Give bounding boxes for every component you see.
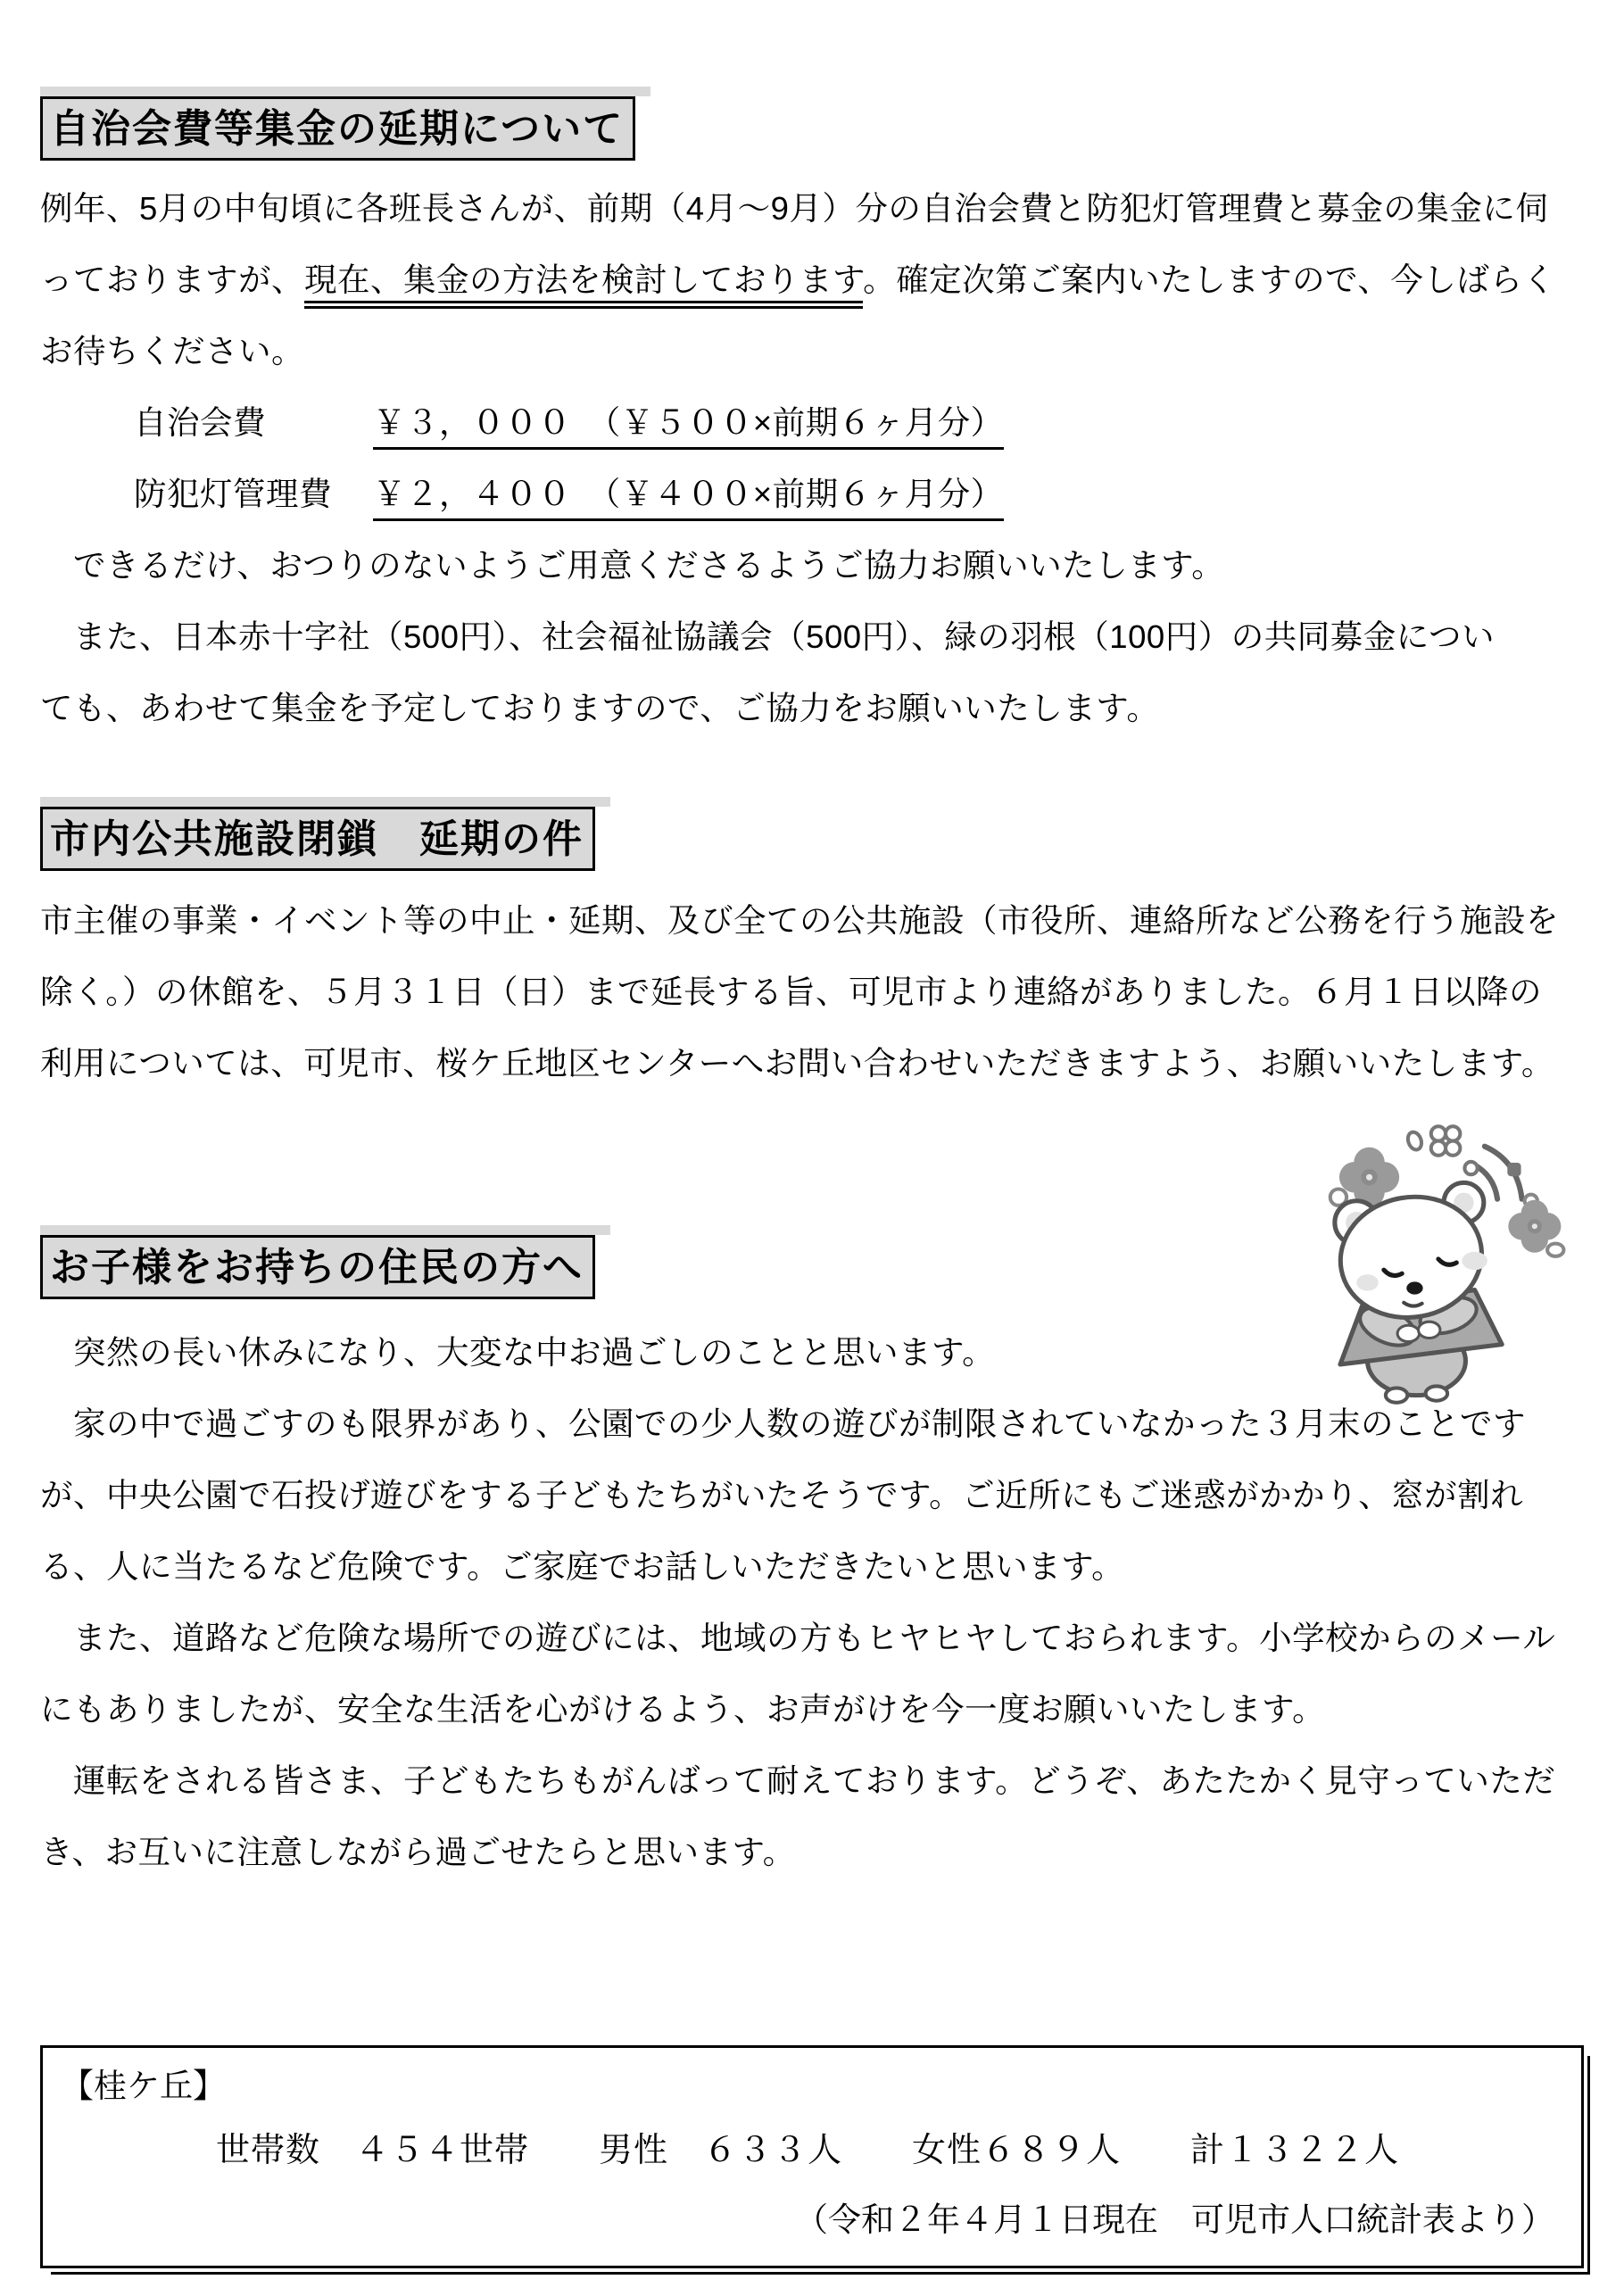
paragraph-line: っておりますが、現在、集金の方法を検討しております。確定次第ご案内いたしますので…: [40, 245, 1584, 316]
flower-icon: [1405, 1126, 1477, 1174]
section-fee-collection-heading-wrap: 自治会費等集金の延期について: [40, 96, 1584, 161]
stats-box-figures: 世帯数 ４５４世帯 男性 ６３３人 女性６８９人 計１３２２人: [61, 2112, 1554, 2189]
paragraph-line: 例年、5月の中旬頃に各班長さんが、前期（4月～9月）分の自治会費と防犯灯管理費と…: [40, 173, 1584, 245]
double-underlined-text: 現在、集金の方法を検討しております: [304, 261, 863, 309]
section-heading-facility-closure: 市内公共施設閉鎖 延期の件: [40, 807, 595, 871]
district-stats-box: 【桂ケ丘】 世帯数 ４５４世帯 男性 ６３３人 女性６８９人 計１３２２人 （令…: [40, 2045, 1584, 2268]
fee-collection-paragraph: 例年、5月の中旬頃に各班長さんが、前期（4月～9月）分の自治会費と防犯灯管理費と…: [40, 173, 1584, 744]
fee-label: 防犯灯管理費: [134, 459, 373, 530]
fee-label: 自治会費: [134, 387, 373, 459]
fee-row: 自治会費￥３，０００ （￥５００×前期６ヶ月分）: [40, 387, 1584, 459]
fee-row: 防犯灯管理費￥２，４００ （￥４００×前期６ヶ月分）: [40, 459, 1584, 530]
page-content: 自治会費等集金の延期について 例年、5月の中旬頃に各班長さんが、前期（4月～9月…: [0, 96, 1624, 1888]
section-heading-fee-collection: 自治会費等集金の延期について: [40, 96, 635, 161]
fee-value: ￥３，０００ （￥５００×前期６ヶ月分）: [373, 404, 1004, 450]
paragraph-line: お待ちください。: [40, 316, 1584, 387]
stats-box-source: （令和２年４月１日現在 可児市人口統計表より）: [61, 2189, 1554, 2251]
paragraph-line: できるだけ、おつりのないようご用意くださるようご協力お願いいたします。: [40, 530, 1584, 601]
paragraph-line: が、中央公園で石投げ遊びをする子どもたちがいたそうです。ご近所にもご迷惑がかかり…: [40, 1460, 1584, 1531]
text-run: っておりますが、: [40, 261, 304, 298]
newsletter-page: 自治会費等集金の延期について 例年、5月の中旬頃に各班長さんが、前期（4月～9月…: [0, 0, 1624, 2296]
stats-box-title: 【桂ケ丘】: [61, 2060, 1554, 2112]
bowing-bear-illustration: [1260, 1114, 1574, 1413]
section-heading-children-notice: お子様をお持ちの住民の方へ: [40, 1235, 595, 1299]
paragraph-line: 利用については、可児市、桜ケ丘地区センターへお問い合わせいただきますよう、お願い…: [40, 1028, 1584, 1099]
paragraph-line: にもありましたが、安全な生活を心がけるよう、お声がけを今一度お願いいたします。: [40, 1674, 1584, 1745]
paragraph-line: また、道路など危険な場所での遊びには、地域の方もヒヤヒヤしておられます。小学校か…: [40, 1603, 1584, 1674]
paragraph-line: ても、あわせて集金を予定しておりますので、ご協力をお願いいたします。: [40, 673, 1584, 744]
paragraph-line: また、日本赤十字社（500円）、社会福祉協議会（500円）、緑の羽根（100円）…: [40, 601, 1584, 673]
paragraph-line: 運転をされる皆さま、子どもたちもがんばって耐えております。どうぞ、あたたかく見守…: [40, 1745, 1584, 1817]
paragraph-line: る、人に当たるなど危険です。ご家庭でお話しいただきたいと思います。: [40, 1531, 1584, 1603]
facility-closure-paragraph: 市主催の事業・イベント等の中止・延期、及び全ての公共施設（市役所、連絡所など公務…: [40, 885, 1584, 1099]
paragraph-line: 除く。）の休館を、５月３１日（日）まで延長する旨、可児市より連絡がありました。６…: [40, 957, 1584, 1028]
paragraph-line: 市主催の事業・イベント等の中止・延期、及び全ての公共施設（市役所、連絡所など公務…: [40, 885, 1584, 957]
text-run: 。確定次第ご案内いたしますので、今しばらく: [863, 261, 1555, 298]
section-facility-closure-heading-wrap: 市内公共施設閉鎖 延期の件: [40, 807, 1584, 871]
fee-value: ￥２，４００ （￥４００×前期６ヶ月分）: [373, 476, 1004, 521]
paragraph-line: き、お互いに注意しながら過ごせたらと思います。: [40, 1817, 1584, 1888]
